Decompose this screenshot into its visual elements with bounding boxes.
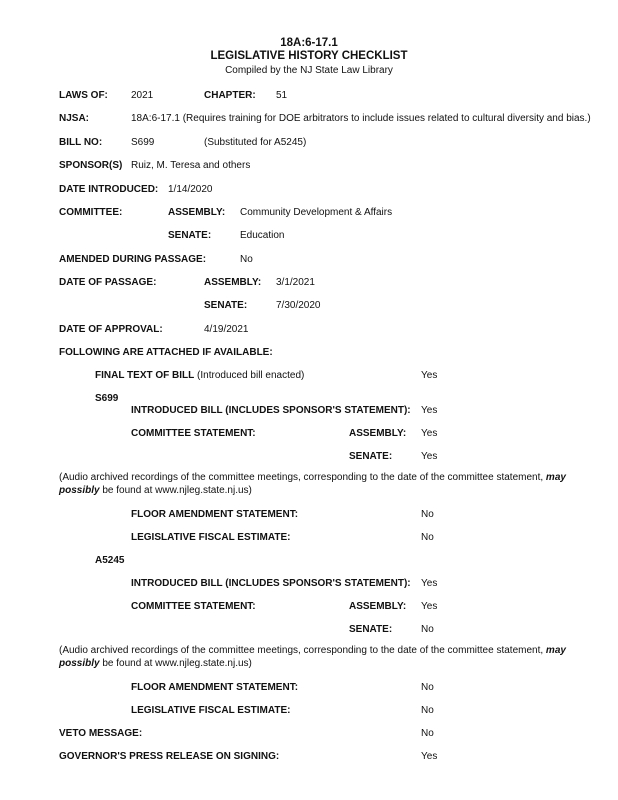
date-introduced-value: 1/14/2020 (168, 184, 213, 196)
document-title: LEGISLATIVE HISTORY CHECKLIST (0, 50, 618, 63)
chapter-label: CHAPTER: (204, 90, 256, 102)
s699-introduced-label: INTRODUCED BILL (INCLUDES SPONSOR'S STAT… (131, 405, 411, 417)
s699-committee-label: COMMITTEE STATEMENT: (131, 428, 256, 440)
date-of-passage-label: DATE OF PASSAGE: (59, 277, 156, 289)
press-release-label: GOVERNOR'S PRESS RELEASE ON SIGNING: (59, 751, 279, 763)
a5245-committee-assembly-value: Yes (421, 601, 437, 613)
audio-note-link-text: be found at www.njleg.state.nj.us) (100, 658, 252, 669)
sponsors-label: SPONSOR(S) (59, 160, 122, 172)
audio-note-link-text: be found at www.njleg.state.nj.us) (100, 485, 252, 496)
final-text-note: (Introduced bill enacted) (197, 370, 304, 381)
bill-no-label: BILL NO: (59, 137, 102, 149)
committee-assembly-value: Community Development & Affairs (240, 207, 392, 219)
a5245-floor-label: FLOOR AMENDMENT STATEMENT: (131, 682, 298, 694)
passage-senate-label: SENATE: (204, 300, 247, 312)
press-release-value: Yes (421, 751, 437, 763)
laws-of-label: LAWS OF: (59, 90, 108, 102)
committee-assembly-label: ASSEMBLY: (168, 207, 225, 219)
a5245-fiscal-label: LEGISLATIVE FISCAL ESTIMATE: (131, 705, 290, 717)
final-text-value: Yes (421, 370, 437, 382)
s699-committee-assembly-label: ASSEMBLY: (349, 428, 406, 440)
veto-label: VETO MESSAGE: (59, 728, 142, 740)
amended-value: No (240, 254, 253, 266)
chapter-value: 51 (276, 90, 287, 102)
a5245-introduced-value: Yes (421, 578, 437, 590)
a5245-fiscal-value: No (421, 705, 434, 717)
attached-heading: FOLLOWING ARE ATTACHED IF AVAILABLE: (59, 347, 273, 359)
a5245-floor-value: No (421, 682, 434, 694)
a5245-introduced-label: INTRODUCED BILL (INCLUDES SPONSOR'S STAT… (131, 578, 411, 590)
passage-senate-value: 7/30/2020 (276, 300, 321, 312)
statute-number: 18A:6-17.1 (0, 37, 618, 50)
amended-label: AMENDED DURING PASSAGE: (59, 254, 206, 266)
s699-committee-senate-value: Yes (421, 451, 437, 463)
a5245-committee-senate-label: SENATE: (349, 624, 392, 636)
passage-assembly-value: 3/1/2021 (276, 277, 315, 289)
a5245-committee-label: COMMITTEE STATEMENT: (131, 601, 256, 613)
committee-senate-label: SENATE: (168, 230, 211, 242)
s699-introduced-value: Yes (421, 405, 437, 417)
bill-no-value: S699 (131, 137, 154, 149)
date-of-approval-value: 4/19/2021 (204, 324, 249, 336)
date-introduced-label: DATE INTRODUCED: (59, 184, 158, 196)
s699-committee-senate-label: SENATE: (349, 451, 392, 463)
audio-note-text: (Audio archived recordings of the commit… (59, 472, 546, 483)
laws-of-value: 2021 (131, 90, 153, 102)
final-text-label: FINAL TEXT OF BILL (95, 370, 194, 381)
s699-fiscal-label: LEGISLATIVE FISCAL ESTIMATE: (131, 532, 290, 544)
audio-note-s699: (Audio archived recordings of the commit… (59, 471, 604, 497)
s699-floor-label: FLOOR AMENDMENT STATEMENT: (131, 509, 298, 521)
committee-senate-value: Education (240, 230, 284, 242)
committee-label: COMMITTEE: (59, 207, 122, 219)
s699-floor-value: No (421, 509, 434, 521)
njsa-label: NJSA: (59, 113, 89, 125)
njsa-value: 18A:6-17.1 (Requires training for DOE ar… (131, 113, 591, 125)
bill-id-s699: S699 (95, 393, 118, 405)
veto-value: No (421, 728, 434, 740)
a5245-committee-assembly-label: ASSEMBLY: (349, 601, 406, 613)
audio-note-text: (Audio archived recordings of the commit… (59, 645, 546, 656)
final-text-row: FINAL TEXT OF BILL (Introduced bill enac… (95, 370, 304, 382)
document-subtitle: Compiled by the NJ State Law Library (0, 64, 618, 77)
s699-committee-assembly-value: Yes (421, 428, 437, 440)
date-of-approval-label: DATE OF APPROVAL: (59, 324, 163, 336)
bill-no-substitution-note: (Substituted for A5245) (204, 137, 306, 149)
bill-id-a5245: A5245 (95, 555, 124, 567)
passage-assembly-label: ASSEMBLY: (204, 277, 261, 289)
s699-fiscal-value: No (421, 532, 434, 544)
audio-note-a5245: (Audio archived recordings of the commit… (59, 644, 604, 670)
a5245-committee-senate-value: No (421, 624, 434, 636)
sponsors-value: Ruiz, M. Teresa and others (131, 160, 250, 172)
